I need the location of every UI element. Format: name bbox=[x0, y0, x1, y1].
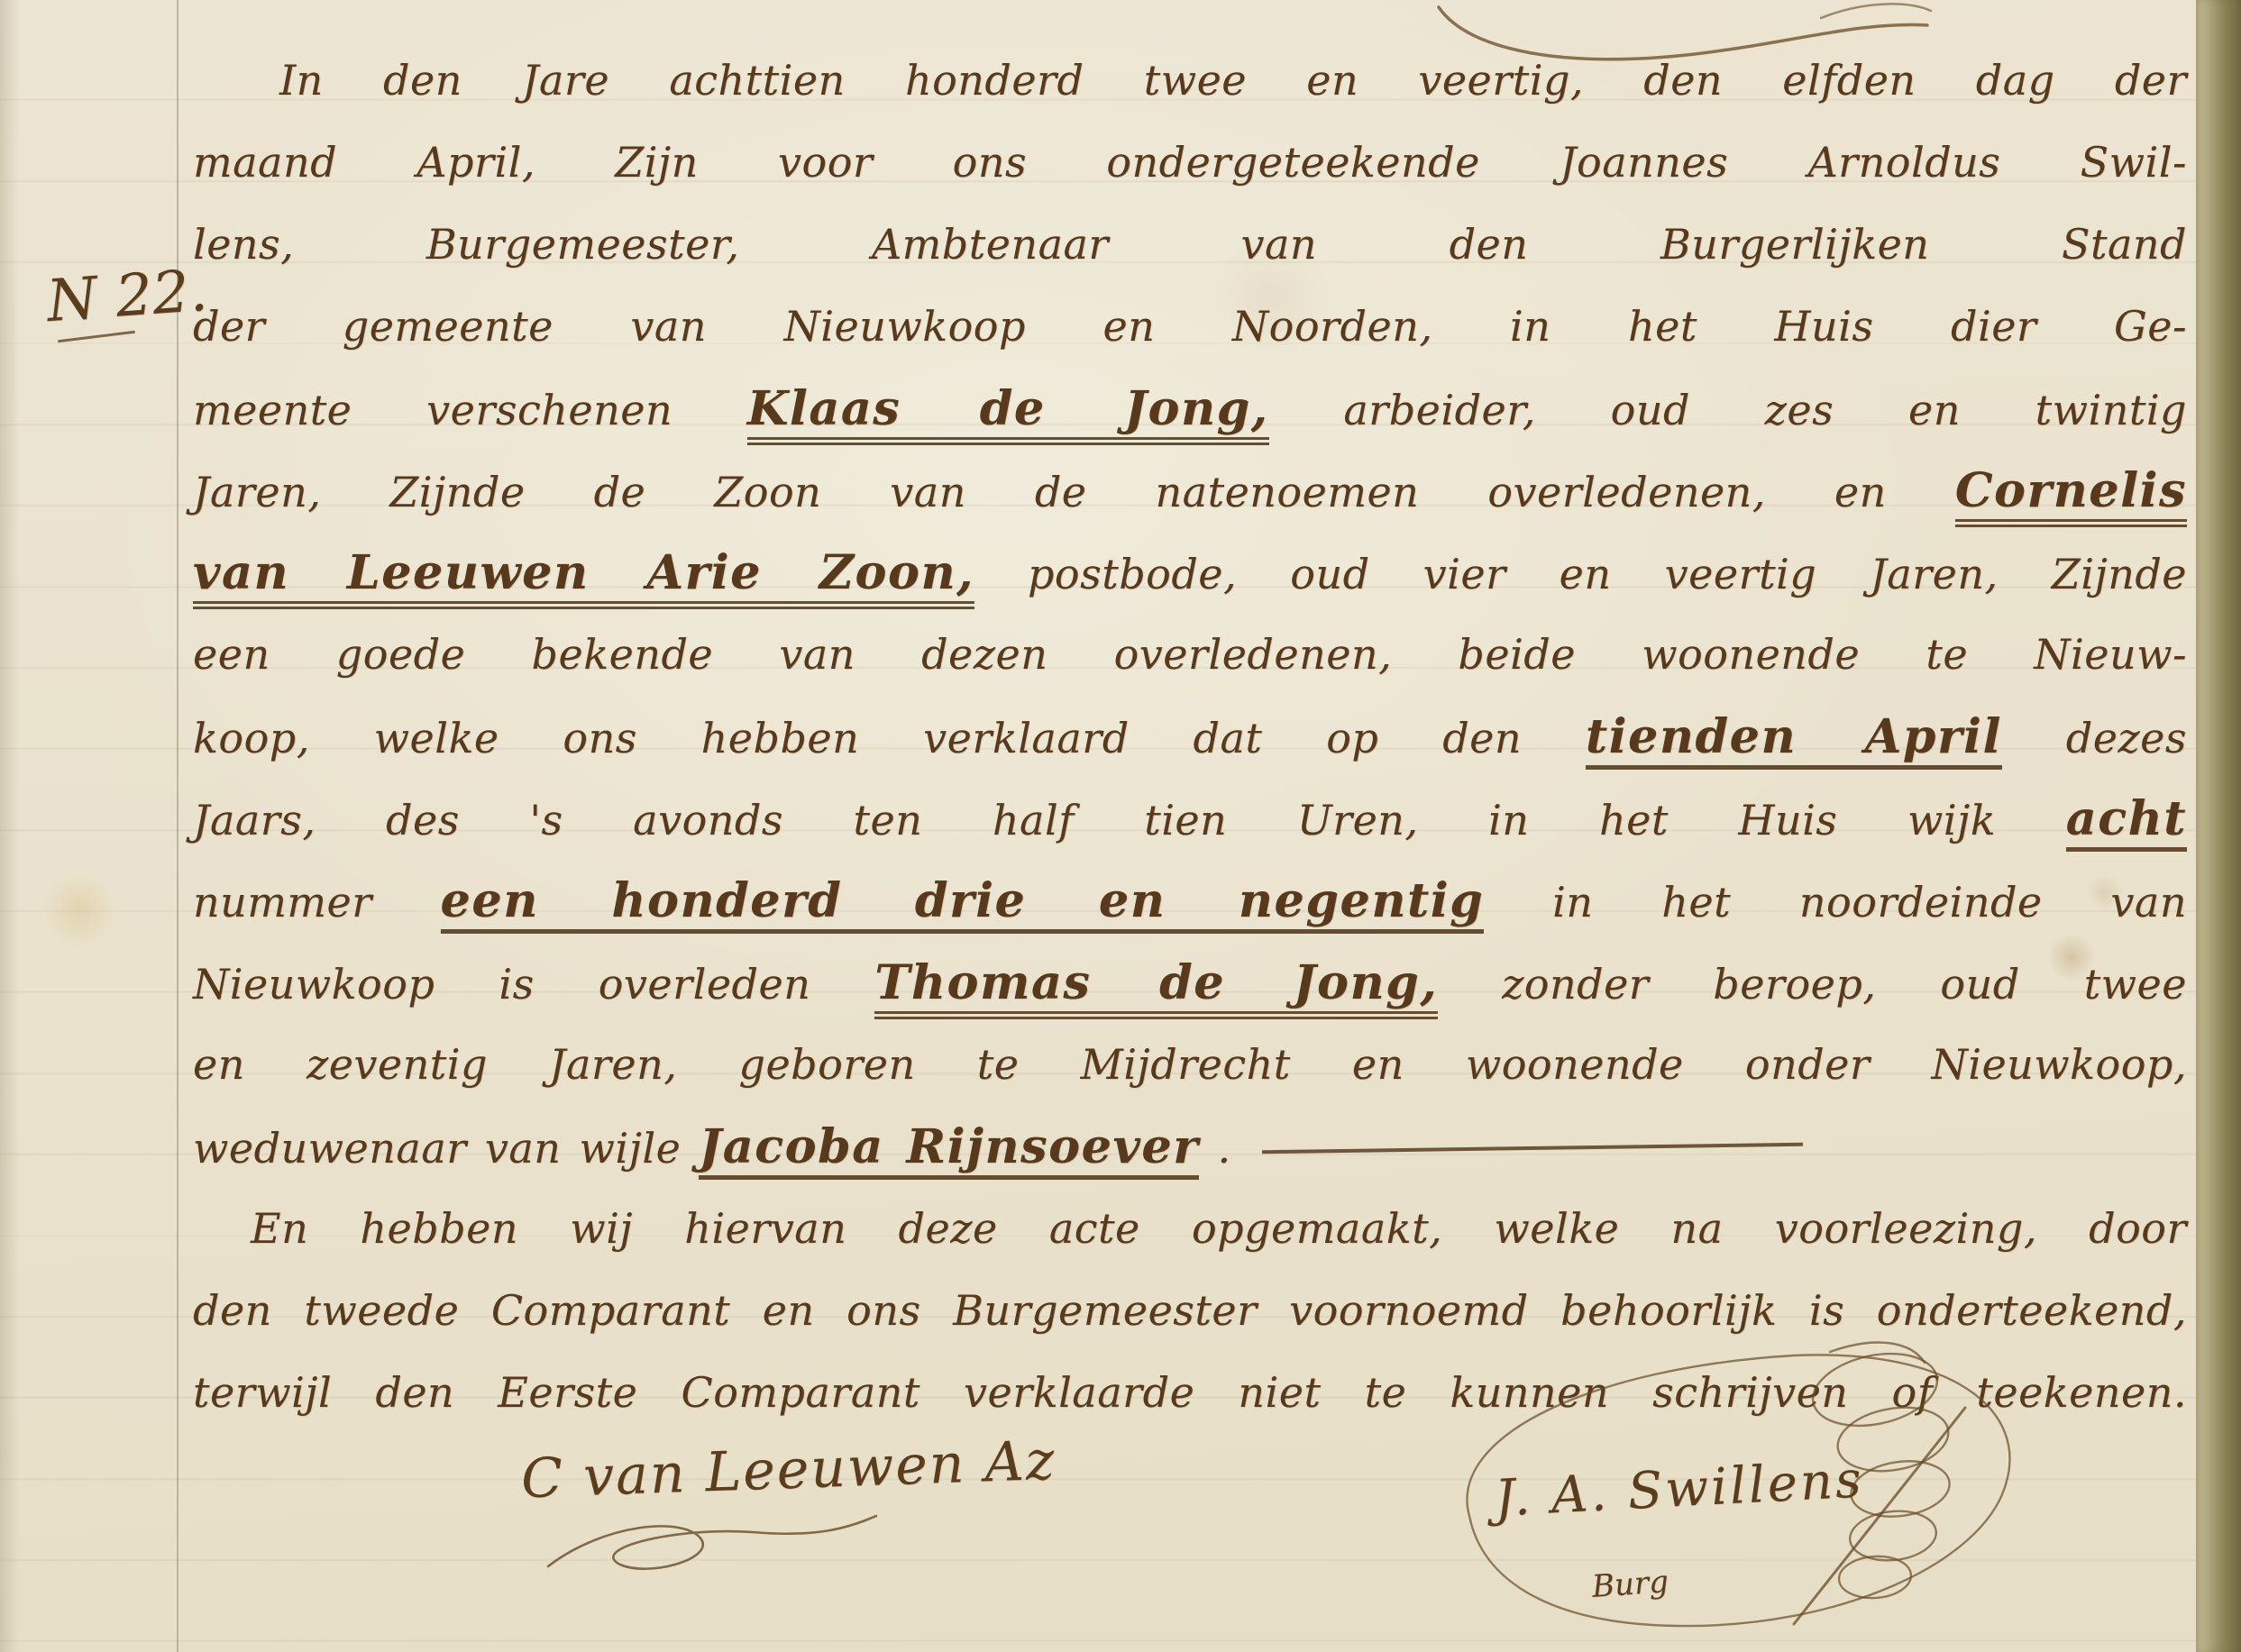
signature-swillens-title: Burg bbox=[1591, 1564, 1669, 1605]
text-line: koop, welke ons hebben verklaard dat op … bbox=[193, 696, 2187, 778]
act-number: N 22. bbox=[45, 258, 210, 335]
underlined-phrase: een honderd drie en negentig bbox=[441, 873, 1485, 934]
underlined-phrase: Thomas de Jong, bbox=[874, 955, 1438, 1019]
trailing-rule-flourish bbox=[1262, 1143, 1803, 1154]
text-line: een goede bekende van dezen overledenen,… bbox=[193, 614, 2187, 696]
text-segment: een goede bekende van dezen overledenen,… bbox=[193, 630, 2187, 679]
margin-rule-line bbox=[177, 0, 178, 1652]
paper-background: N 22. In den Jare achttien honderd twee … bbox=[0, 0, 2241, 1652]
text-segment: weduwenaar van wijle bbox=[193, 1124, 699, 1173]
text-line: In den Jare achttien honderd twee en vee… bbox=[193, 40, 2187, 122]
underlined-phrase: Klaas de Jong, bbox=[747, 381, 1269, 445]
text-segment: Nieuwkoop is overleden bbox=[193, 960, 874, 1009]
text-line: en zeventig Jaren, geboren te Mijdrecht … bbox=[193, 1024, 2187, 1106]
text-segment: meente verschenen bbox=[193, 386, 747, 434]
body-text: In den Jare achttien honderd twee en vee… bbox=[193, 40, 2187, 1434]
text-line: lens, Burgemeester, Ambtenaar van den Bu… bbox=[193, 204, 2187, 286]
text-segment: dezes bbox=[2002, 714, 2187, 762]
text-line: meente verschenen Klaas de Jong, arbeide… bbox=[193, 368, 2187, 450]
underlined-phrase: Jacoba Rijnsoever bbox=[699, 1119, 1199, 1180]
underlined-phrase: van Leeuwen Arie Zoon, bbox=[193, 545, 974, 609]
text-segment: maand April, Zijn voor ons ondergeteeken… bbox=[193, 138, 2187, 187]
signature-van-leeuwen-flourish-icon bbox=[541, 1503, 883, 1593]
text-segment: In den Jare achttien honderd twee en vee… bbox=[279, 56, 2187, 105]
text-segment: in het noordeinde van bbox=[1484, 878, 2187, 926]
page-binding-edge bbox=[2196, 0, 2241, 1652]
text-line: der gemeente van Nieuwkoop en Noorden, i… bbox=[193, 286, 2187, 368]
text-line: weduwenaar van wijle Jacoba Rijnsoever . bbox=[193, 1106, 2187, 1188]
text-segment: En hebben wij hiervan deze acte opgemaak… bbox=[251, 1204, 2187, 1253]
text-segment: Jaars, des 's avonds ten half tien Uren,… bbox=[193, 796, 2066, 844]
text-segment: der gemeente van Nieuwkoop en Noorden, i… bbox=[193, 302, 2187, 351]
text-line: Jaars, des 's avonds ten half tien Uren,… bbox=[193, 778, 2187, 860]
text-segment: nummer bbox=[193, 878, 441, 926]
text-line: Jaren, Zijnde de Zoon van de natenoemen … bbox=[193, 450, 2187, 532]
text-segment: zonder beroep, oud twee bbox=[1438, 960, 2187, 1009]
text-segment: Jaren, Zijnde de Zoon van de natenoemen … bbox=[193, 468, 1955, 516]
underlined-phrase: tienden April bbox=[1586, 709, 2002, 770]
text-line: En hebben wij hiervan deze acte opgemaak… bbox=[193, 1188, 2187, 1270]
text-segment: en zeventig Jaren, geboren te Mijdrecht … bbox=[193, 1040, 2187, 1089]
text-line: van Leeuwen Arie Zoon, postbode, oud vie… bbox=[193, 532, 2187, 614]
text-segment: postbode, oud vier en veertig Jaren, Zij… bbox=[974, 550, 2187, 598]
text-segment: arbeider, oud zes en twintig bbox=[1269, 386, 2187, 434]
underlined-phrase: Cornelis bbox=[1955, 463, 2187, 527]
scanned-document-page: { "page": { "margin_note": "N 22.", "pap… bbox=[0, 0, 2241, 1652]
text-line: nummer een honderd drie en negentig in h… bbox=[193, 860, 2187, 942]
text-segment: . bbox=[1199, 1124, 1230, 1173]
text-line: maand April, Zijn voor ons ondergeteeken… bbox=[193, 122, 2187, 204]
signature-van-leeuwen: C van Leeuwen Az bbox=[520, 1429, 1056, 1511]
underlined-phrase: acht bbox=[2066, 791, 2187, 852]
text-segment: koop, welke ons hebben verklaard dat op … bbox=[193, 714, 1586, 762]
text-line: Nieuwkoop is overleden Thomas de Jong, z… bbox=[193, 942, 2187, 1024]
text-segment: lens, Burgemeester, Ambtenaar van den Bu… bbox=[193, 220, 2187, 269]
